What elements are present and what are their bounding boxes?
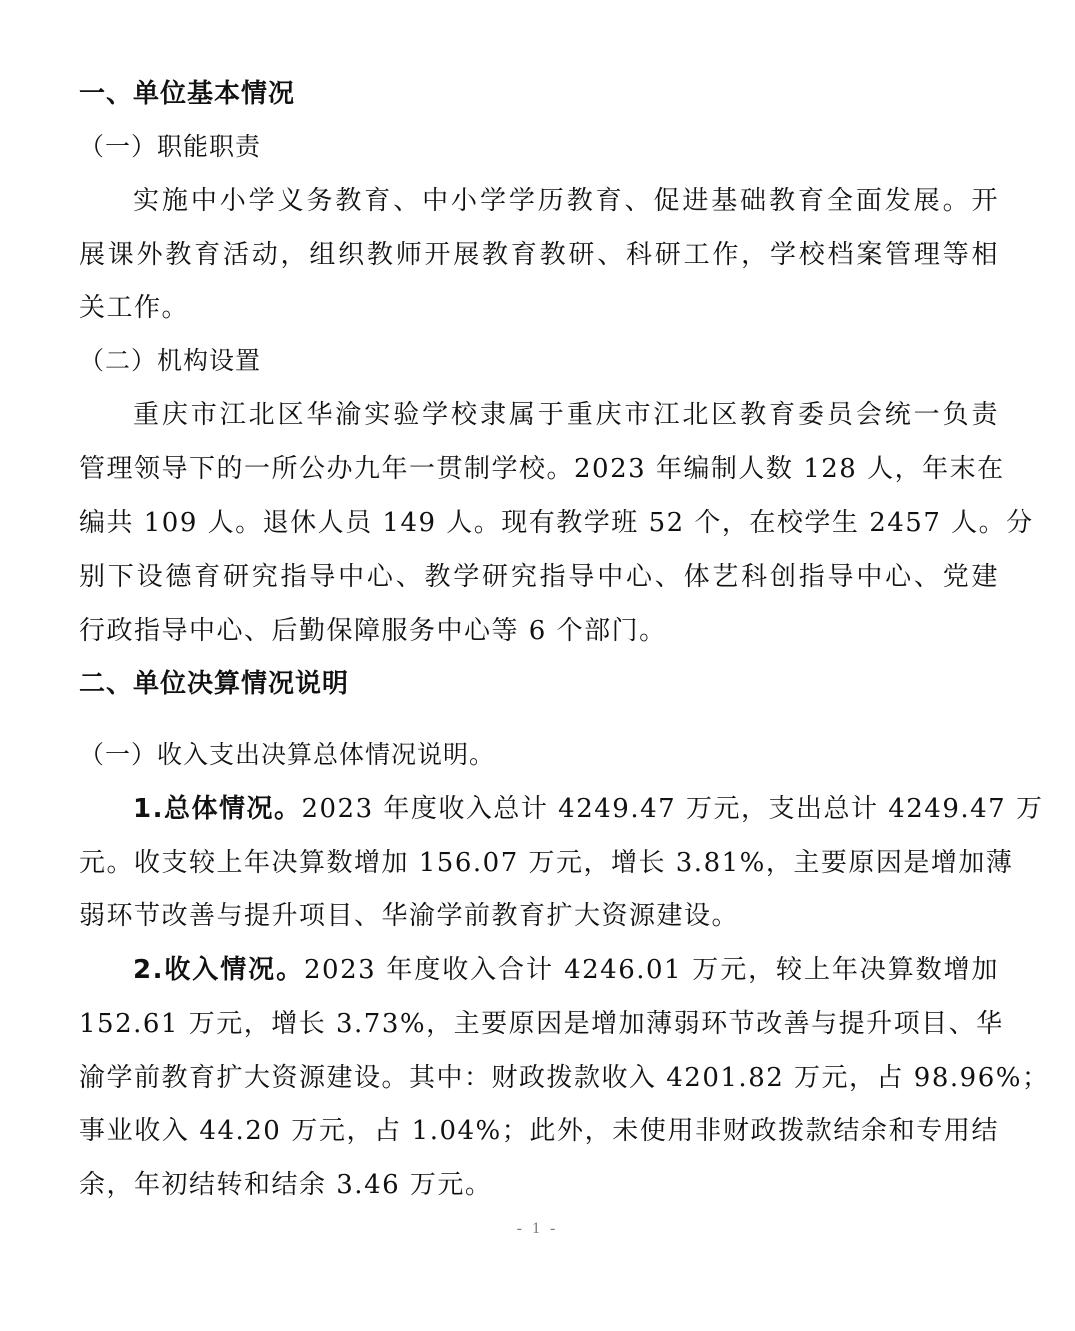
page-number: - 1 - (0, 1220, 1075, 1238)
paragraph-line: 实施中小学义务教育、中小学学历教育、促进基础教育全面发展。开 (133, 181, 999, 221)
paragraph-first-line: 2.收入情况。2023 年度收入合计 4246.01 万元，较上年决算数增加 (133, 950, 999, 990)
paragraph-line: 别下设德育研究指导中心、教学研究指导中心、体艺科创指导中心、党建 (79, 557, 999, 597)
paragraph-line: 渝学前教育扩大资源建设。其中：财政拨款收入 4201.82 万元，占 98.96… (79, 1058, 999, 1098)
paragraph-line: 事业收入 44.20 万元，占 1.04%；此外，未使用非财政拨款结余和专用结 (79, 1111, 999, 1151)
paragraph-line: 重庆市江北区华渝实验学校隶属于重庆市江北区教育委员会统一负责 (133, 395, 999, 435)
paragraph-line: 弱环节改善与提升项目、华渝学前教育扩大资源建设。 (79, 896, 999, 936)
paragraph-first-line: 1.总体情况。2023 年度收入总计 4249.47 万元，支出总计 4249.… (133, 789, 999, 829)
subsection-heading-income-expense: （一）收入支出决算总体情况说明。 (79, 735, 999, 775)
paragraph-line: 编共 109 人。退休人员 149 人。现有教学班 52 个，在校学生 2457… (79, 503, 999, 543)
subsection-heading-organization: （二）机构设置 (79, 341, 999, 381)
paragraph-line: 元。收支较上年决算数增加 156.07 万元，增长 3.81%，主要原因是增加薄 (79, 843, 999, 883)
paragraph-line: 管理领导下的一所公办九年一贯制学校。2023 年编制人数 128 人，年末在 (79, 449, 999, 489)
paragraph-lead-overall: 1.总体情况。 (133, 794, 301, 824)
section-heading-2: 二、单位决算情况说明 (79, 664, 999, 704)
paragraph-text: 2023 年度收入合计 4246.01 万元，较上年决算数增加 (304, 955, 999, 985)
subsection-heading-functions: （一）职能职责 (79, 127, 999, 167)
paragraph-line: 关工作。 (79, 288, 999, 328)
paragraph-text: 2023 年度收入总计 4249.47 万元，支出总计 4249.47 万 (301, 794, 1043, 824)
paragraph-line: 展课外教育活动，组织教师开展教育教研、科研工作，学校档案管理等相 (79, 235, 999, 275)
paragraph-line: 152.61 万元，增长 3.73%，主要原因是增加薄弱环节改善与提升项目、华 (79, 1004, 999, 1044)
section-heading-1: 一、单位基本情况 (79, 74, 999, 114)
paragraph-lead-income: 2.收入情况。 (133, 955, 304, 985)
paragraph-line: 行政指导中心、后勤保障服务中心等 6 个部门。 (79, 611, 999, 651)
paragraph-line: 余，年初结转和结余 3.46 万元。 (79, 1165, 999, 1205)
